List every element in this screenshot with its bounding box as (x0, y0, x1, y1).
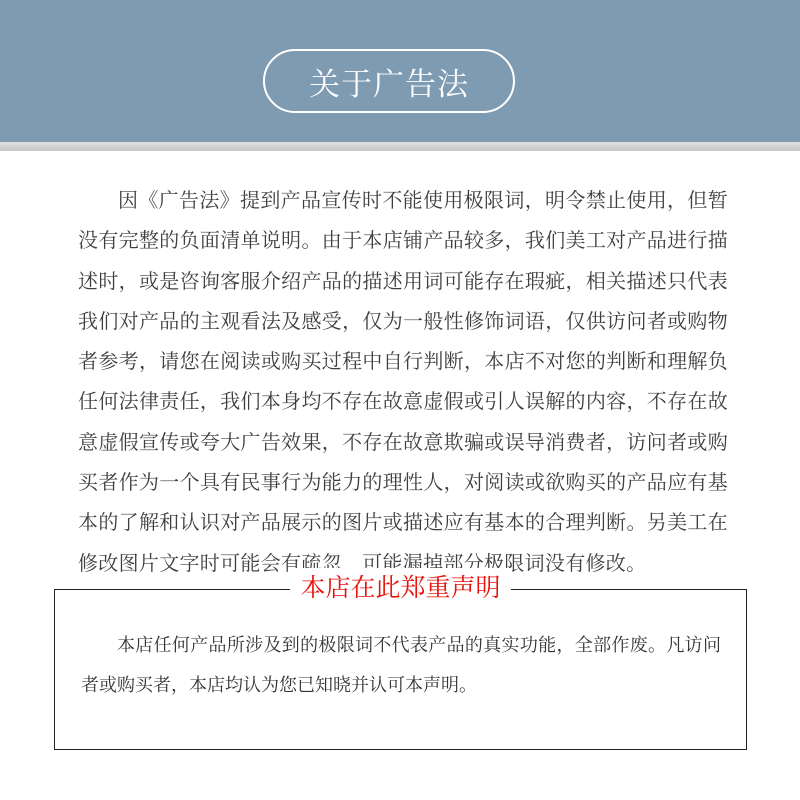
notice-box: 本店在此郑重声明 本店任何产品所涉及到的极限词不代表产品的真实功能，全部作废。凡… (54, 589, 747, 750)
header-banner: 关于广告法 (0, 0, 800, 142)
notice-body: 本店任何产品所涉及到的极限词不代表产品的真实功能，全部作废。凡访问者或购买者，本… (81, 626, 721, 706)
intro-paragraph: 因《广告法》提到产品宣传时不能使用极限词，明令禁止使用，但暂没有完整的负面清单说… (78, 180, 728, 583)
page-title: 关于广告法 (309, 59, 469, 104)
header-shadow-divider (0, 142, 800, 151)
title-pill: 关于广告法 (263, 49, 515, 113)
notice-title: 本店在此郑重声明 (290, 568, 510, 608)
notice-title-wrap: 本店在此郑重声明 (55, 568, 746, 608)
